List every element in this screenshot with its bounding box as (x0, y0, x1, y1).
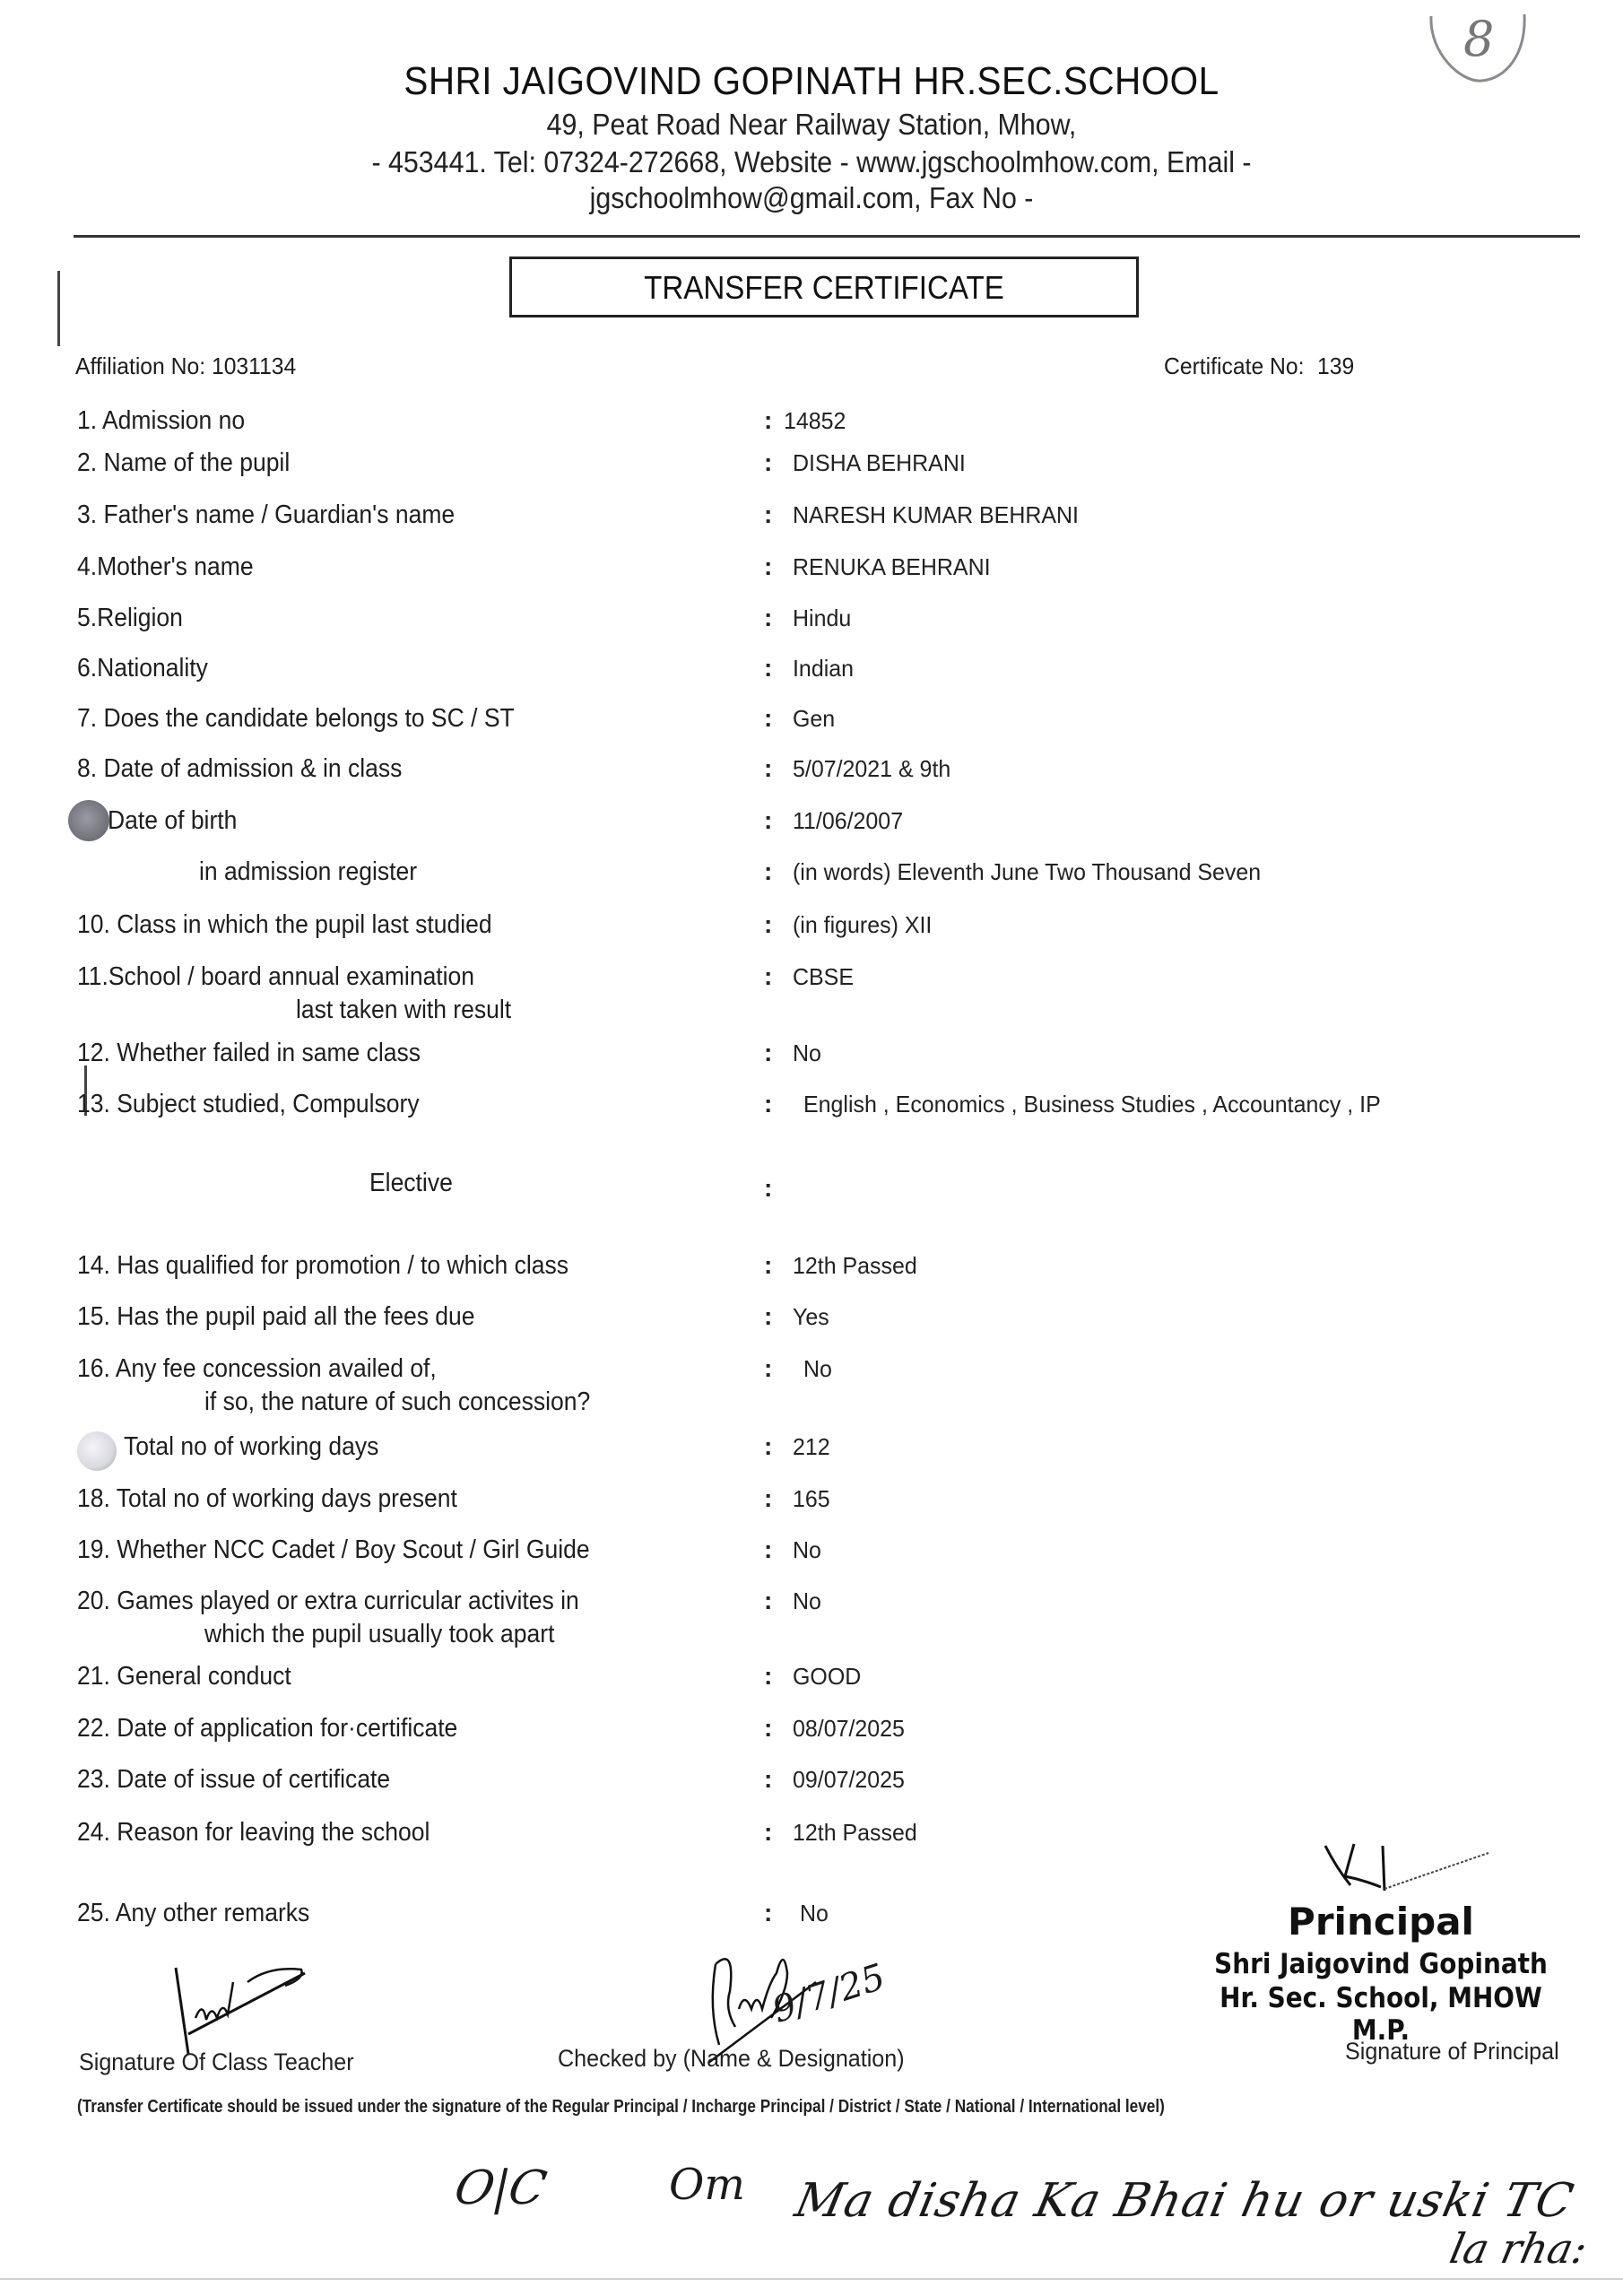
school-address-line1: 49, Peat Road Near Railway Station, Mhow… (65, 108, 1558, 142)
field-value: CBSE (793, 963, 854, 991)
field-value: Indian (793, 655, 854, 683)
field-value: No (793, 1039, 821, 1067)
certificate-number: Certificate No: 139 (1164, 352, 1354, 380)
field-value: DISHA BEHRANI (793, 449, 966, 477)
field-colon: : (764, 962, 772, 991)
field-colon: : (764, 1899, 772, 1927)
field-colon: : (764, 1302, 772, 1331)
field-colon: : (764, 1818, 772, 1847)
certificate-label: Certificate No: (1164, 352, 1304, 379)
field-label: 10. Class in which the pupil last studie… (77, 910, 492, 940)
field-colon: : (764, 910, 772, 939)
field-label: 8. Date of admission & in class (77, 754, 402, 784)
field-value: No (793, 1587, 821, 1615)
field-colon: : (764, 1039, 772, 1067)
field-value: 11/06/2007 (793, 807, 903, 835)
footnote: (Transfer Certificate should be issued u… (77, 2097, 1165, 2118)
field-label: Elective (369, 1169, 453, 1198)
field-label: 23. Date of issue of certificate (77, 1765, 390, 1795)
principal-signature (1318, 1840, 1497, 1903)
field-label: 24. Reason for leaving the school (77, 1818, 430, 1848)
field-value: 12th Passed (793, 1819, 917, 1847)
punch-hole (77, 1431, 117, 1471)
checked-by-label: Checked by (Name & Designation) (558, 2045, 905, 2073)
field-value: Gen (793, 705, 835, 733)
school-address-line3: jgschoolmhow@gmail.com, Fax No - (65, 181, 1558, 215)
field-colon: : (764, 806, 772, 835)
field-label: 13. Subject studied, Compulsory (77, 1090, 420, 1119)
field-value: No (800, 1900, 829, 1927)
field-value: (in figures) XII (793, 911, 932, 939)
field-label: 6.Nationality (77, 654, 208, 683)
field-label: Date of birth (108, 806, 237, 836)
field-label: 22. Date of application for·certificate (77, 1714, 457, 1744)
field-colon: : (764, 1174, 772, 1203)
field-colon: : (764, 1765, 772, 1794)
affiliation-value: 1031134 (212, 352, 296, 379)
field-label: 11.School / board annual examination (77, 962, 474, 992)
field-value: 12th Passed (793, 1252, 917, 1280)
field-colon: : (764, 406, 772, 435)
field-label: 7. Does the candidate belongs to SC / ST (77, 704, 515, 734)
field-value: 212 (793, 1433, 830, 1461)
field-label: 16. Any fee concession availed of, (77, 1354, 437, 1384)
field-value: Hindu (793, 604, 851, 632)
class-teacher-signature-label: Signature Of Class Teacher (79, 2048, 354, 2076)
field-colon: : (764, 1251, 772, 1280)
field-value: GOOD (793, 1663, 861, 1691)
field-label: 12. Whether failed in same class (77, 1039, 421, 1068)
field-value: No (803, 1355, 832, 1383)
field-label: 21. General conduct (77, 1662, 291, 1692)
field-label: 19. Whether NCC Cadet / Boy Scout / Girl… (77, 1535, 590, 1565)
field-value: 09/07/2025 (793, 1766, 905, 1794)
field-label: 14. Has qualified for promotion / to whi… (77, 1251, 568, 1281)
field-label-continued: last taken with result (296, 996, 511, 1025)
field-value: No (793, 1536, 821, 1564)
field-value: 14852 (784, 407, 846, 435)
field-value: Yes (793, 1303, 829, 1331)
field-label: 18. Total no of working days present (77, 1484, 457, 1514)
field-label: 1. Admission no (77, 406, 245, 436)
principal-stamp-title: Principal (1246, 1900, 1515, 1944)
punch-hole (68, 800, 109, 841)
field-colon: : (764, 448, 772, 477)
field-value: 165 (793, 1485, 830, 1513)
field-colon: : (764, 1662, 772, 1691)
header-divider (74, 235, 1580, 238)
school-address-line2: - 453441. Tel: 07324-272668, Website - w… (65, 145, 1558, 179)
field-label: 4.Mother's name (77, 552, 254, 582)
field-colon: : (764, 1714, 772, 1743)
field-value: 5/07/2021 & 9th (793, 755, 950, 783)
field-label: 5.Religion (77, 604, 183, 633)
field-colon: : (764, 1354, 772, 1383)
margin-mark (57, 271, 60, 346)
certificate-value: 139 (1317, 352, 1354, 379)
field-label: Total no of working days (124, 1432, 378, 1462)
handwritten-note-line2: la rha: (1445, 2224, 1592, 2273)
principal-signature-label: Signature of Principal (1345, 2038, 1559, 2066)
handwritten-prefix: O|C (450, 2161, 551, 2215)
field-colon: : (764, 500, 772, 529)
field-value: 08/07/2025 (793, 1715, 905, 1743)
field-colon: : (764, 1090, 772, 1118)
field-value: English , Economics , Business Studies ,… (803, 1091, 1381, 1118)
affiliation-number: Affiliation No: 1031134 (75, 352, 296, 380)
school-name: SHRI JAIGOVIND GOPINATH HR.SEC.SCHOOL (65, 59, 1558, 104)
field-colon: : (764, 604, 772, 632)
scan-edge-line (0, 2278, 1623, 2280)
field-colon: : (764, 654, 772, 683)
field-value: (in words) Eleventh June Two Thousand Se… (793, 858, 1261, 886)
field-label: 2. Name of the pupil (77, 448, 290, 478)
field-label-continued: which the pupil usually took apart (204, 1620, 554, 1649)
field-colon: : (764, 1432, 772, 1461)
document-title: TRANSFER CERTIFICATE (534, 269, 1114, 307)
class-teacher-signature (170, 1955, 332, 2063)
affiliation-label: Affiliation No: (75, 352, 205, 379)
field-colon: : (764, 552, 772, 581)
field-value: NARESH KUMAR BEHRANI (793, 501, 1079, 529)
field-label-continued: if so, the nature of such concession? (204, 1387, 590, 1417)
field-colon: : (764, 1484, 772, 1513)
field-colon: : (764, 857, 772, 886)
handwritten-note-line1: Ma disha Ka Bhai hu or uski TC (791, 2174, 1579, 2228)
field-value: RENUKA BEHRANI (793, 553, 991, 581)
field-label: 20. Games played or extra curricular act… (77, 1587, 579, 1616)
principal-stamp-line1: Shri Jaigovind Gopinath (1203, 1948, 1558, 1980)
field-label: 25. Any other remarks (77, 1899, 309, 1928)
field-label: 15. Has the pupil paid all the fees due (77, 1302, 475, 1332)
field-colon: : (764, 754, 772, 783)
field-colon: : (764, 1535, 772, 1564)
field-colon: : (764, 1587, 772, 1615)
field-label: in admission register (199, 857, 417, 887)
field-colon: : (764, 704, 772, 733)
handwritten-name: Om (669, 2160, 745, 2210)
field-label: 3. Father's name / Guardian's name (77, 500, 455, 530)
